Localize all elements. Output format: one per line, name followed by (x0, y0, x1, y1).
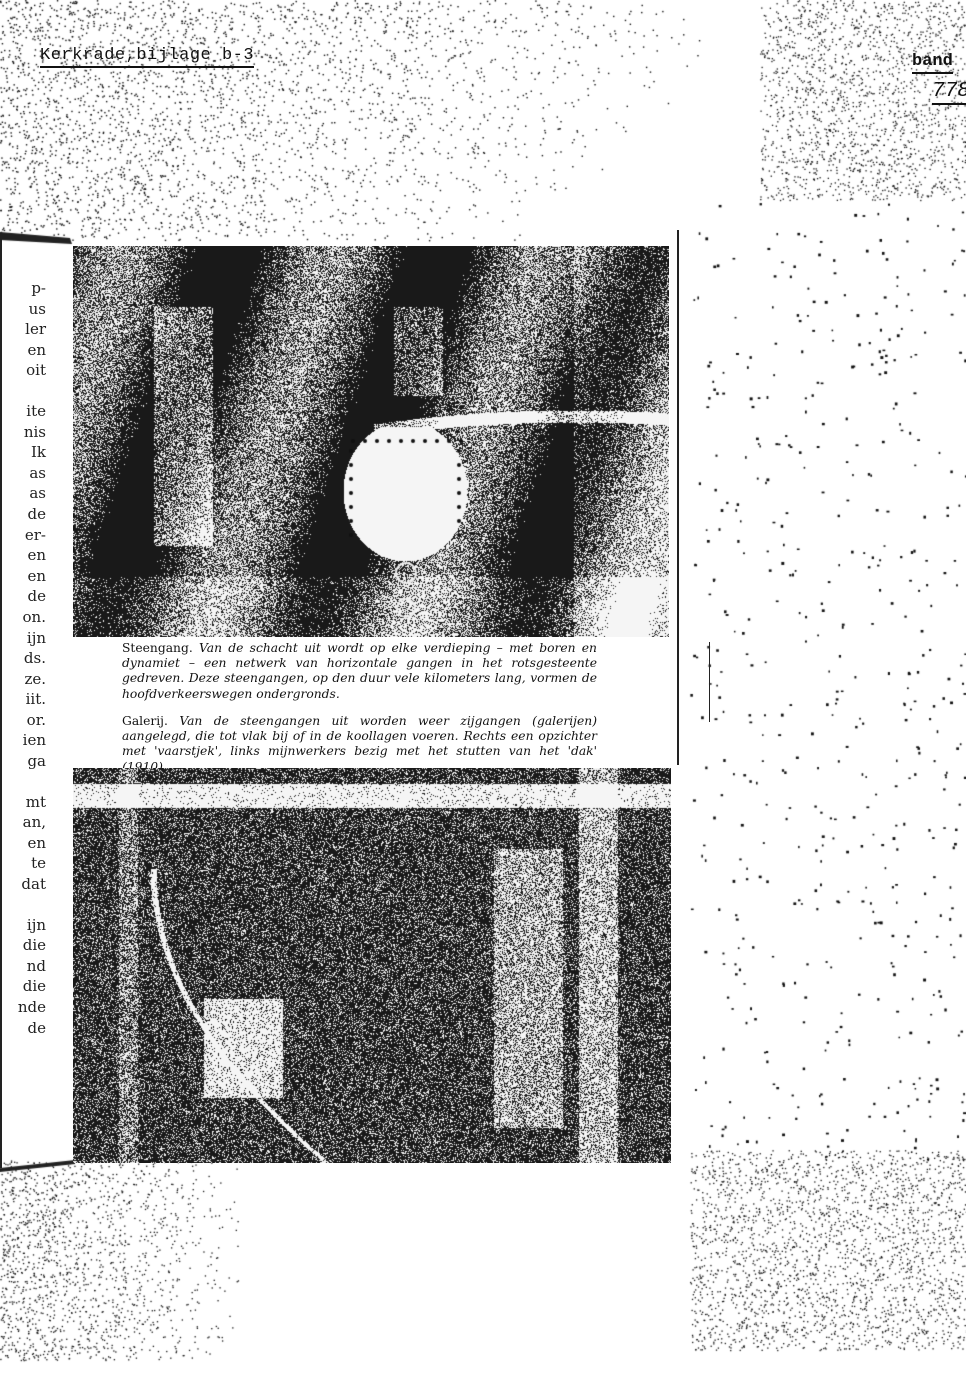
text-fragment: de (0, 504, 46, 525)
text-fragment: die (0, 935, 46, 956)
text-fragment: as (0, 483, 46, 504)
paragraph-gap (0, 381, 46, 401)
text-fragment: mt (0, 792, 46, 813)
text-fragment: or. (0, 710, 46, 731)
text-fragment: Ik (0, 442, 46, 463)
text-fragment: nis (0, 422, 46, 443)
header-appendix: ,bijlage b-3 (126, 46, 254, 68)
text-fragment: p- (0, 278, 46, 299)
text-fragment: ijn (0, 628, 46, 649)
text-fragment: en (0, 545, 46, 566)
paragraph-gap (0, 895, 46, 915)
text-fragment: de (0, 1018, 46, 1039)
text-fragment: ite (0, 401, 46, 422)
text-fragment: ds. (0, 648, 46, 669)
photo-galerij (73, 768, 671, 1163)
caption-galerij-lead: Galerij. (122, 714, 168, 728)
text-fragment: ler (0, 319, 46, 340)
text-fragment: en (0, 566, 46, 587)
text-fragment: on. (0, 607, 46, 628)
text-fragment: er- (0, 525, 46, 546)
text-fragment: iit. (0, 689, 46, 710)
caption-galerij: Galerij. Van de steengangen uit worden w… (122, 714, 597, 775)
document-header-title: Kerkrade,bijlage b-3 (40, 46, 254, 65)
text-fragment: as (0, 463, 46, 484)
text-fragment: en (0, 340, 46, 361)
text-fragment: an, (0, 812, 46, 833)
caption-galerij-body: Van de steengangen uit worden weer zijga… (122, 714, 597, 774)
page-gutter-line (677, 230, 679, 765)
text-fragment: us (0, 299, 46, 320)
band-number: 778 (932, 80, 966, 105)
caption-steengang-lead: Steengang. (122, 641, 193, 655)
photo-steengang (73, 246, 669, 637)
text-fragment: ijn (0, 915, 46, 936)
caption-steengang-body: Van de schacht uit wordt op elke verdiep… (122, 641, 597, 701)
stray-scan-mark (709, 642, 710, 722)
text-fragment: ze. (0, 669, 46, 690)
photo-steengang-image (73, 246, 669, 637)
text-fragment: ga (0, 751, 46, 772)
header-place: Kerkrade (40, 46, 126, 68)
text-fragment: en (0, 833, 46, 854)
left-column-text-fragments: p-uslerenoititenisIkasasdeer-enendeon.ij… (0, 278, 46, 1038)
photo-galerij-image (73, 768, 671, 1163)
text-fragment: nd (0, 956, 46, 977)
band-label: band (912, 52, 953, 74)
text-fragment: te (0, 853, 46, 874)
text-fragment: dat (0, 874, 46, 895)
text-fragment: ien (0, 730, 46, 751)
caption-steengang: Steengang. Van de schacht uit wordt op e… (122, 641, 597, 702)
text-fragment: die (0, 976, 46, 997)
text-fragment: de (0, 586, 46, 607)
text-fragment: nde (0, 997, 46, 1018)
text-fragment: oit (0, 360, 46, 381)
paragraph-gap (0, 772, 46, 792)
